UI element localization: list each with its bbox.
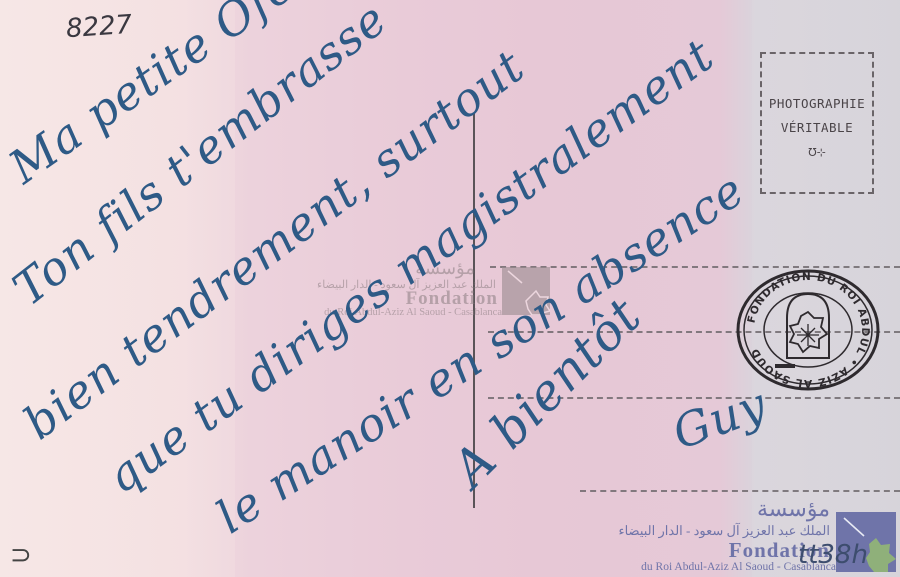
archive-reference-number: tt38h bbox=[798, 540, 868, 570]
serial-number: 8227 bbox=[65, 10, 133, 45]
stamp-text-veritable: VÉRITABLE bbox=[762, 120, 872, 135]
corner-watermark-arabic-subtitle: الملك عبد العزيز آل سعود - الدار البيضاء bbox=[618, 523, 830, 539]
corner-watermark-arabic-title: مؤسسة bbox=[757, 496, 830, 522]
postcard-back: 8227 ⊂ PHOTOGRAPHIE VÉRITABLE ℧⊹ FONDATI… bbox=[0, 0, 900, 577]
stamp-logo-icon: ℧⊹ bbox=[762, 146, 872, 159]
corner-pencil-mark: ⊂ bbox=[10, 540, 32, 570]
address-line bbox=[580, 490, 900, 492]
foundation-seal-icon: FONDATION DU ROI ABDUL • AZIZ AL SAOUD bbox=[735, 268, 881, 392]
stamp-text-photographie: PHOTOGRAPHIE bbox=[762, 96, 872, 111]
stamp-box: PHOTOGRAPHIE VÉRITABLE ℧⊹ bbox=[760, 52, 874, 194]
